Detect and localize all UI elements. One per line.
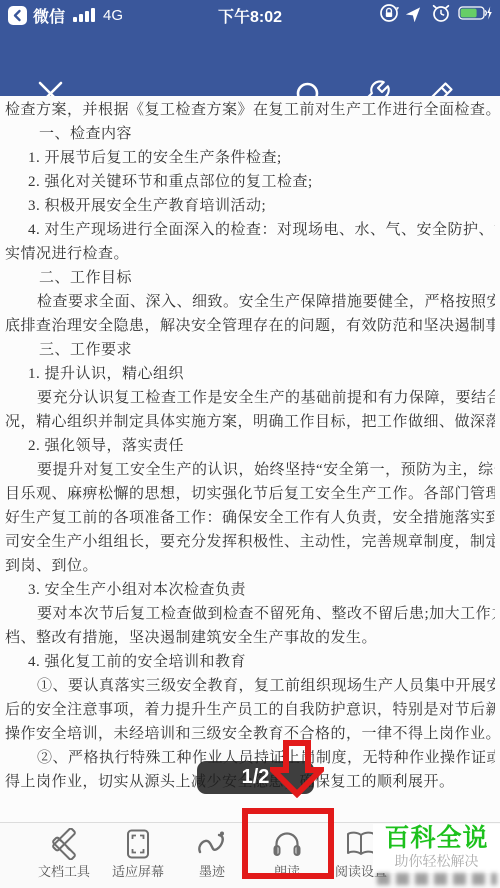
document-nav-bar bbox=[0, 30, 500, 96]
document-line: ①、要认真落实三级安全教育，复工前组织现场生产人员集中开展安全知识教育培训，强调… bbox=[5, 674, 495, 698]
location-arrow-icon bbox=[406, 4, 424, 26]
document-line: 2. 强化对关键环节和重点部位的复工检查; bbox=[5, 170, 495, 194]
rotation-lock-icon bbox=[379, 3, 399, 27]
document-line: 4. 对生产现场进行全面深入的检查：对现场电、水、气、安全防护、设备状态、劳保用… bbox=[5, 218, 495, 242]
back-app-label: 微信 bbox=[33, 4, 65, 27]
battery-charging-icon bbox=[458, 5, 492, 25]
document-line: 要对本次节后复工检查做到检查不留死角、整改不留后患;加大工作力度，排查要记录、隐… bbox=[5, 602, 495, 626]
document-line: 要充分认识复工检查工作是安全生产的基础前提和有力保障，要结合自身生产特点和安全生… bbox=[5, 386, 495, 410]
document-line: 3. 积极开展安全生产教育培训活动; bbox=[5, 194, 495, 218]
document-line: 到岗、到位。 bbox=[5, 554, 495, 578]
toolbar-item-ink[interactable]: 墨迹 bbox=[172, 828, 252, 886]
document-line: 司安全生产小组组长，要充分发挥积极性、主动性，完善规章制度，制定措施，把安全生产… bbox=[5, 530, 495, 554]
fit-screen-icon bbox=[98, 828, 178, 860]
document-line: 三、工作要求 bbox=[5, 338, 495, 362]
document-line: 4. 强化复工前的安全培训和教育 bbox=[5, 650, 495, 674]
doc-tools-icon bbox=[24, 828, 104, 860]
ink-icon bbox=[172, 828, 252, 860]
toolbar-label: 适应屏幕 bbox=[98, 861, 178, 880]
toolbar-item-fit-screen[interactable]: 适应屏幕 bbox=[98, 828, 178, 886]
signal-bars-icon bbox=[73, 8, 95, 22]
page-indicator-label: 1/2 bbox=[242, 766, 270, 789]
toolbar-label: 墨迹 bbox=[172, 861, 252, 880]
document-line: 目乐观、麻痹松懈的思想，切实强化节后复工安全生产工作。各部门管理人员应当及时到位… bbox=[5, 482, 495, 506]
back-chevron-icon bbox=[8, 6, 27, 25]
document-line: 检查方案，并根据《复工检查方案》在复工前对生产工作进行全面检查。 bbox=[5, 98, 495, 122]
document-line: 要提升对复工安全生产的认识，始终坚持“安全第一，预防为主，综合治理”的方针，坚决… bbox=[5, 458, 495, 482]
red-highlight-box bbox=[242, 808, 334, 879]
toolbar-label: 文档工具 bbox=[24, 861, 104, 880]
blurred-text-artifact bbox=[377, 873, 497, 885]
status-bar: 微信 4G 下午8:02 bbox=[0, 0, 500, 30]
watermark-title: 百科全说 bbox=[373, 825, 500, 852]
document-line: 实情况进行检查。 bbox=[5, 242, 495, 266]
document-line: 1. 开展节后复工的安全生产条件检查; bbox=[5, 146, 495, 170]
network-label: 4G bbox=[103, 7, 123, 24]
document-line: 二、工作目标 bbox=[5, 266, 495, 290]
document-line: 1. 提升认识，精心组织 bbox=[5, 362, 495, 386]
document-line: 好生产复工前的各项准备工作：确保安全工作有人负责，安全措施落实到位，安全检查全面… bbox=[5, 506, 495, 530]
document-line: 操作安全培训，未经培训和三级安全教育不合格的，一律不得上岗作业。 bbox=[5, 722, 495, 746]
document-line: 3. 安全生产小组对本次检查负责 bbox=[5, 578, 495, 602]
document-line: 档、整改有措施，坚决遏制建筑安全生产事故的发生。 bbox=[5, 626, 495, 650]
document-line: 一、检查内容 bbox=[5, 122, 495, 146]
toolbar-item-doc-tools[interactable]: 文档工具 bbox=[24, 828, 104, 886]
red-arrow-annotation-icon bbox=[270, 740, 324, 803]
alarm-clock-icon bbox=[431, 3, 451, 27]
document-line: 检查要求全面、深入、细致。安全生产保障措施要健全，严格按照安全生产技术规程和标准… bbox=[5, 290, 495, 314]
back-to-app[interactable]: 微信 bbox=[8, 4, 65, 27]
document-line: 2. 强化领导，落实责任 bbox=[5, 434, 495, 458]
document-line: 底排查治理安全隐患，解决安全管理存在的问题，有效防范和坚决遏制事故的发生。 bbox=[5, 314, 495, 338]
document-line: 后的安全注意事项，着力提升生产员工的自我防护意识，特别是对节后新进的新员工，必须… bbox=[5, 698, 495, 722]
document-line: 况，精心组织并制定具体实施方案，明确工作目标，把工作做细、做深落到实处。 bbox=[5, 410, 495, 434]
document-body[interactable]: 检查方案，并根据《复工检查方案》在复工前对生产工作进行全面检查。一、检查内容1.… bbox=[0, 96, 500, 822]
watermark: 百科全说 助你轻松解决 bbox=[373, 824, 500, 873]
watermark-subtitle: 助你轻松解决 bbox=[373, 852, 500, 870]
